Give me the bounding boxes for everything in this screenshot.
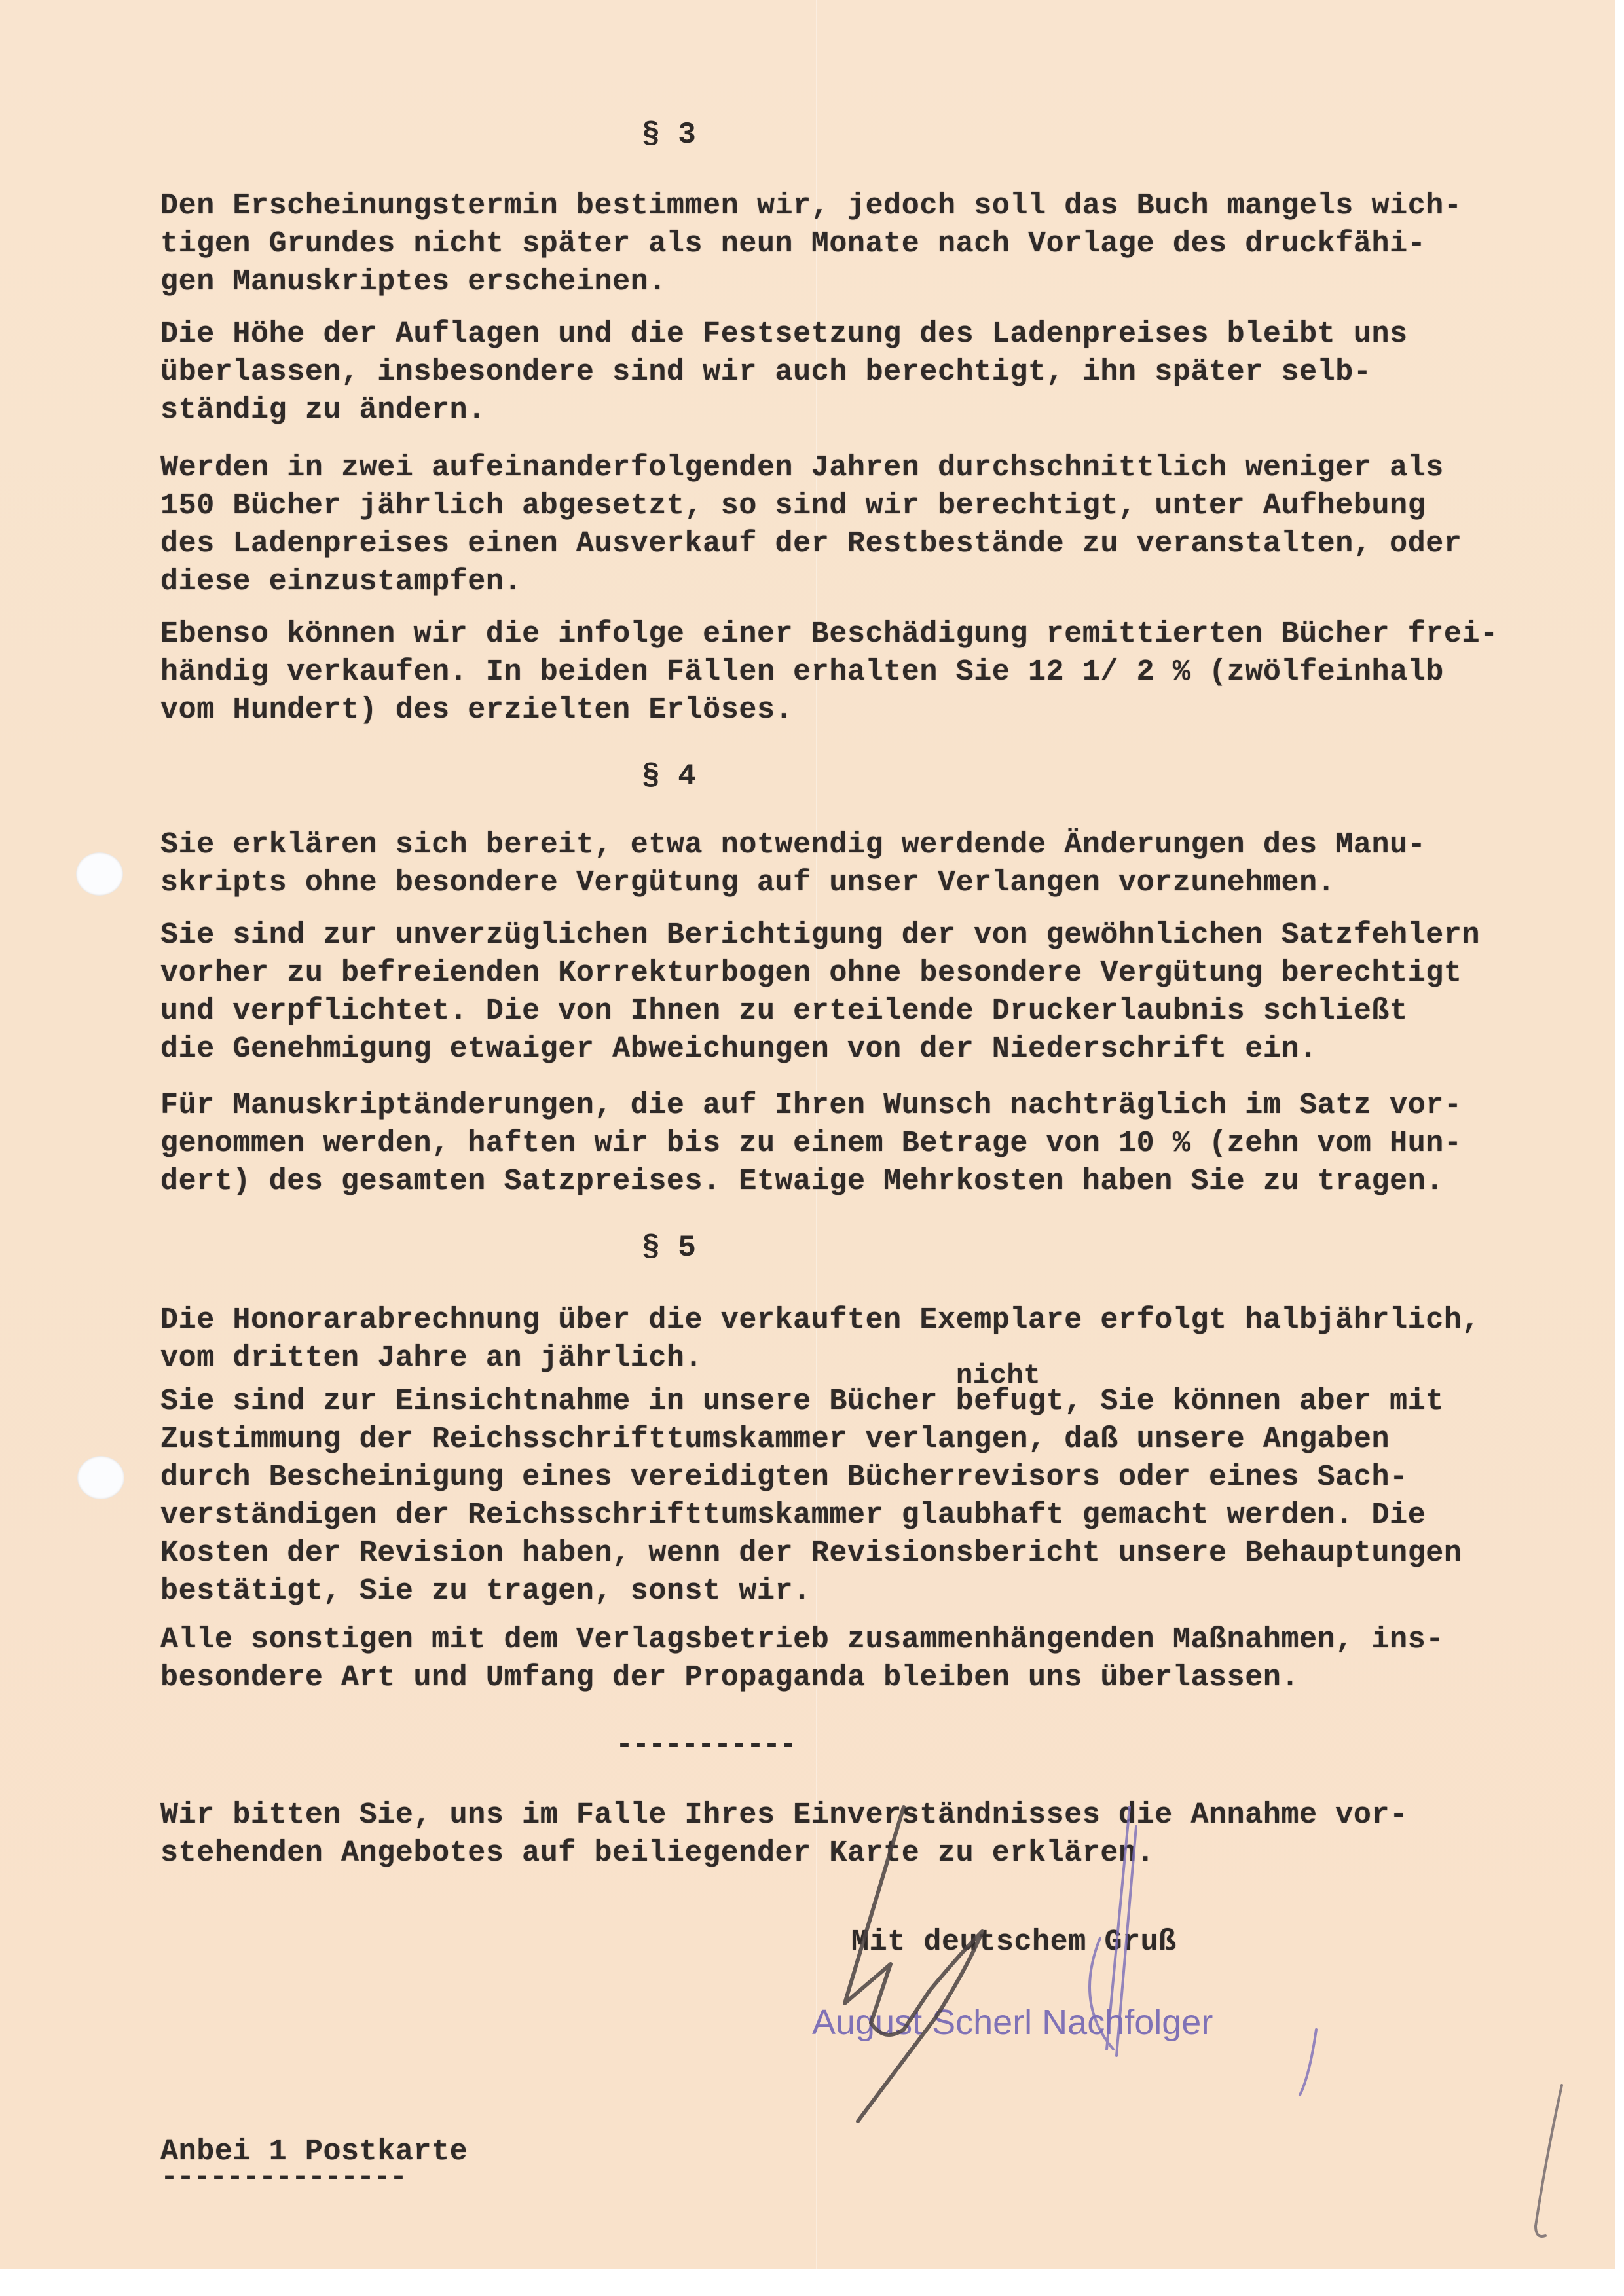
enclosure-underline: --------------- — [160, 2160, 406, 2194]
handwritten-signature — [0, 0, 1624, 2296]
